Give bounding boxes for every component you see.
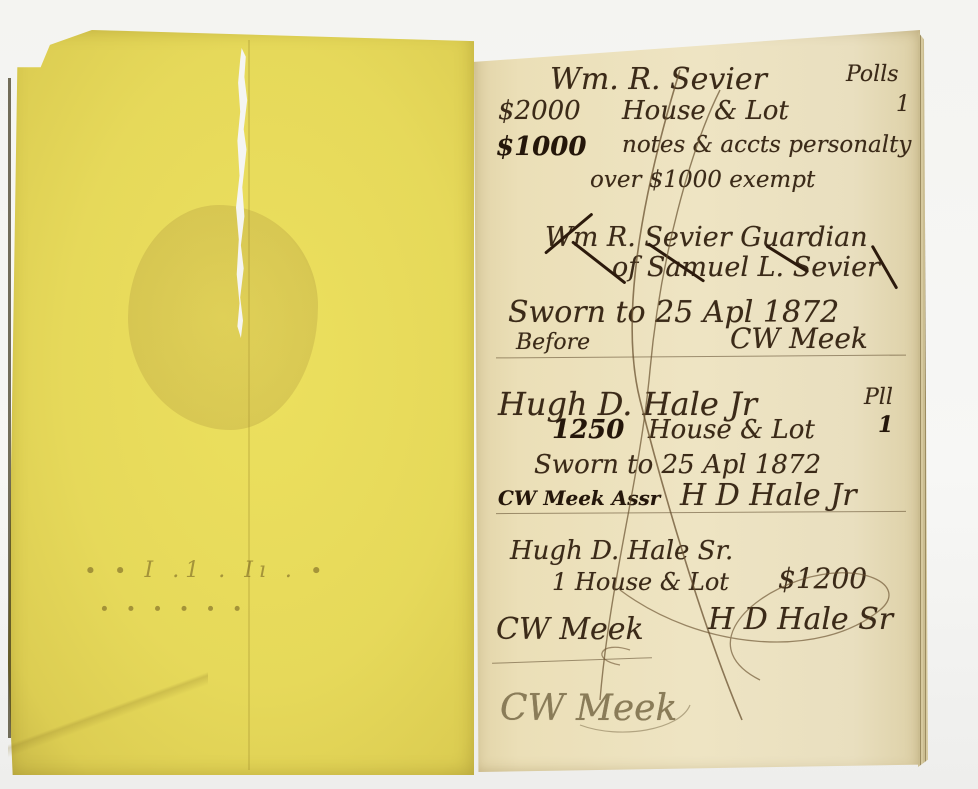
- amount: $1200: [778, 562, 867, 595]
- item: 1 House & Lot: [552, 568, 729, 596]
- witness: CW Meek: [730, 322, 868, 355]
- entry-name: Wm. R. Sevier: [550, 62, 767, 97]
- page-edges: [918, 32, 928, 767]
- faint-offset-marks-top: ∙ ∙ I .1 . Iı . ∙: [85, 558, 328, 583]
- item: notes & accts personalty: [622, 132, 911, 158]
- polls-value: 1: [896, 92, 910, 117]
- signature: Wm R. Sevier Guardian: [545, 222, 868, 253]
- water-stain: [128, 205, 318, 430]
- faint-offset-marks-bottom: ∙ ∙ ∙ ∙ ∙ ∙: [100, 598, 248, 619]
- witness: CW Meek: [496, 612, 644, 647]
- scanned-document: ∙ ∙ I .1 . Iı . ∙ ∙ ∙ ∙ ∙ ∙ ∙ Wm. R. Sev…: [0, 0, 978, 789]
- signature: H D Hale Jr: [680, 478, 857, 513]
- footer-signature: CW Meek: [500, 688, 677, 729]
- witness: CW Meek Assr: [498, 486, 660, 510]
- folded-corner: [8, 660, 208, 775]
- cover-left-edge: [8, 78, 11, 738]
- polls-header: Pll: [864, 385, 893, 410]
- item: House & Lot: [648, 415, 815, 445]
- oath-before: Before: [516, 330, 590, 355]
- amount: $1000: [496, 132, 586, 162]
- signature: H D Hale Sr: [708, 602, 893, 637]
- amount: 1250: [552, 415, 624, 445]
- item: over $1000 exempt: [590, 167, 815, 193]
- polls-header: Polls: [846, 62, 899, 87]
- amount: $2000: [498, 96, 581, 126]
- oath: Sworn to 25 Apl 1872: [534, 450, 821, 480]
- polls-value: 1: [878, 412, 893, 438]
- signature-line2: of Samuel L. Sevier: [612, 252, 880, 283]
- item: House & Lot: [622, 96, 789, 126]
- entry-name: Hugh D. Hale Sr.: [510, 536, 733, 566]
